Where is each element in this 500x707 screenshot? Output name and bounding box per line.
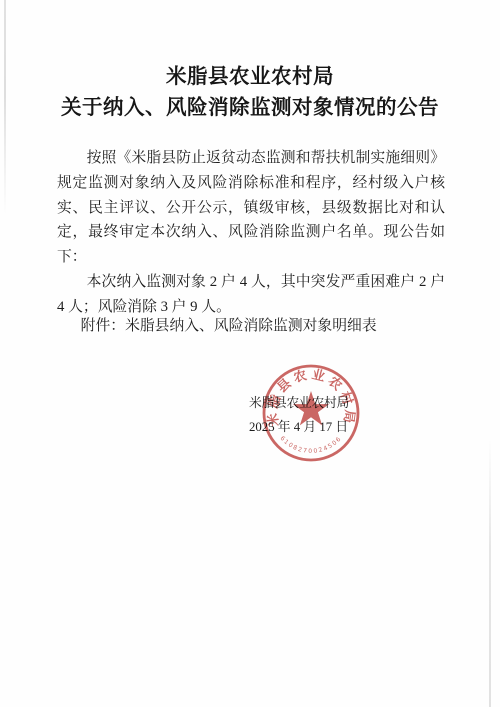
title-subject-line: 关于纳入、风险消除监测对象情况的公告 xyxy=(0,93,500,124)
announcement-document: 米脂县农业农村局 关于纳入、风险消除监测对象情况的公告 按照《米脂县防止返贫动态… xyxy=(0,0,500,707)
svg-text:6108270024506: 6108270024506 xyxy=(279,435,344,455)
title-org-line: 米脂县农业农村局 xyxy=(0,62,500,93)
body-paragraph-1: 按照《米脂县防止返贫动态监测和帮扶机制实施细则》规定监测对象纳入及风险消除标准和… xyxy=(57,146,445,270)
seal-serial-number: 6108270024506 xyxy=(279,435,344,455)
official-seal: 米脂县农业农村局 6108270024506 xyxy=(251,353,371,473)
attachment-line: 附件：米脂县纳入、风险消除监测对象明细表 xyxy=(57,314,445,339)
scan-artifact-right xyxy=(489,438,491,707)
document-body: 按照《米脂县防止返贫动态监测和帮扶机制实施细则》规定监测对象纳入及风险消除标准和… xyxy=(57,146,445,320)
seal-star xyxy=(293,391,329,425)
document-title: 米脂县农业农村局 关于纳入、风险消除监测对象情况的公告 xyxy=(0,62,500,124)
body-paragraph-2: 本次纳入监测对象 2 户 4 人，其中突发严重困难户 2 户 4 人；风险消除 … xyxy=(57,270,445,320)
